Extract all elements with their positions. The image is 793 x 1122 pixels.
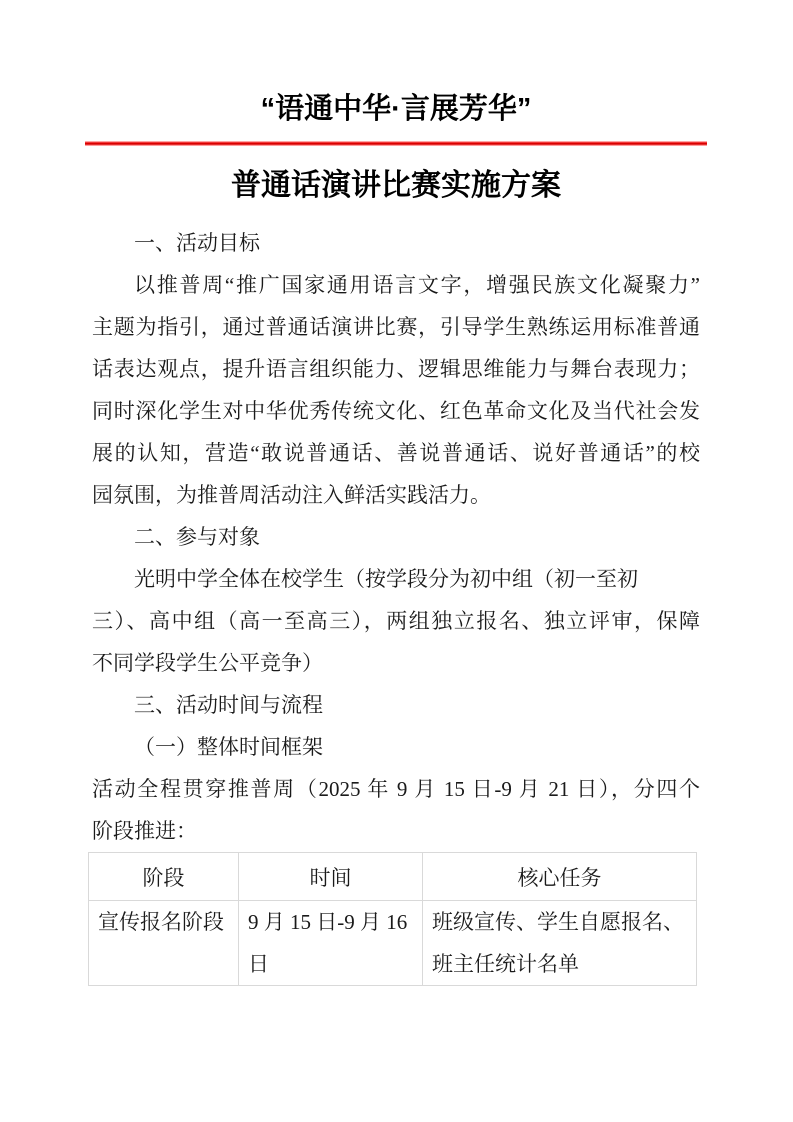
document-subtitle: 普通话演讲比赛实施方案 [92, 166, 700, 206]
document-title: “语通中华·言展芳华” [92, 90, 700, 128]
body-line: （一）整体时间框架 [92, 726, 700, 768]
body-line: 展的认知，营造“敢说普通话、善说普通话、说好普通话”的校 [92, 432, 700, 474]
body-line: 以推普周“推广国家通用语言文字，增强民族文化凝聚力” [92, 264, 700, 306]
body-line: 园氛围，为推普周活动注入鲜活实践活力。 [92, 474, 700, 516]
table-header-cell: 阶段 [89, 853, 239, 901]
table-header-cell: 核心任务 [423, 853, 697, 901]
body-line: 光明中学全体在校学生（按学段分为初中组（初一至初 [92, 558, 700, 600]
document-body: 一、活动目标以推普周“推广国家通用语言文字，增强民族文化凝聚力”主题为指引，通过… [92, 222, 700, 852]
table-row: 宣传报名阶段9 月 15 日-9 月 16 日班级宣传、学生自愿报名、班主任统计… [89, 901, 697, 986]
body-line: 话表达观点，提升语言组织能力、逻辑思维能力与舞台表现力； [92, 348, 700, 390]
body-line: 二、参与对象 [92, 516, 700, 558]
table-cell: 宣传报名阶段 [89, 901, 239, 986]
body-line: 三、活动时间与流程 [92, 684, 700, 726]
body-line: 不同学段学生公平竞争） [92, 642, 700, 684]
body-line: 三）、高中组（高一至高三），两组独立报名、独立评审，保障 [92, 600, 700, 642]
body-line: 同时深化学生对中华优秀传统文化、红色革命文化及当代社会发 [92, 390, 700, 432]
table-cell: 9 月 15 日-9 月 16 日 [239, 901, 423, 986]
body-line: 活动全程贯穿推普周（2025 年 9 月 15 日-9 月 21 日），分四个 [92, 768, 700, 810]
body-line: 一、活动目标 [92, 222, 700, 264]
body-line: 主题为指引，通过普通话演讲比赛，引导学生熟练运用标准普通 [92, 306, 700, 348]
table-header-cell: 时间 [239, 853, 423, 901]
table-cell: 班级宣传、学生自愿报名、班主任统计名单 [423, 901, 697, 986]
document-page: “语通中华·言展芳华” 普通话演讲比赛实施方案 一、活动目标以推普周“推广国家通… [0, 0, 793, 1122]
table-header-row: 阶段时间核心任务 [89, 853, 697, 901]
table-body: 宣传报名阶段9 月 15 日-9 月 16 日班级宣传、学生自愿报名、班主任统计… [89, 901, 697, 986]
schedule-table: 阶段时间核心任务 宣传报名阶段9 月 15 日-9 月 16 日班级宣传、学生自… [88, 852, 697, 986]
title-divider-line [85, 141, 707, 146]
body-line: 阶段推进： [92, 810, 700, 852]
